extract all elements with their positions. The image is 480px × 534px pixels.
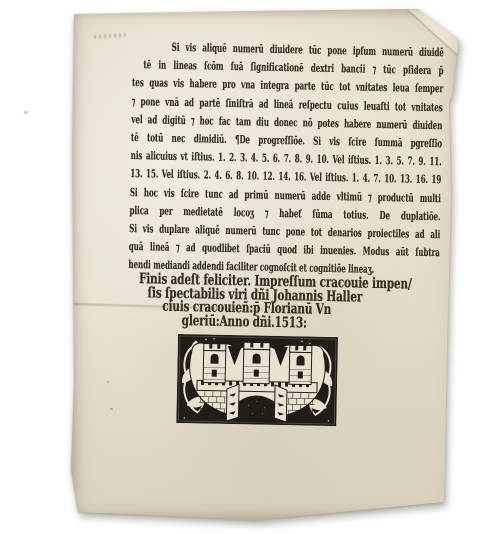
tower-right — [289, 345, 312, 384]
gate-door-right — [274, 385, 287, 422]
body-text-block: Si vis aliquē numerū diuidere tūc pone i… — [128, 38, 444, 281]
book-leaf: Si vis aliquē numerū diuidere tūc pone i… — [70, 9, 460, 522]
gate-door-left — [226, 384, 239, 421]
paper-shadow-wrap: Si vis aliquē numerū diuidere tūc pone i… — [0, 0, 480, 534]
photo-background: Si vis aliquē numerū diuidere tūc pone i… — [0, 0, 480, 534]
tower-middle — [243, 342, 270, 384]
gate-opening — [238, 395, 274, 420]
printed-area: Si vis aliquē numerū diuidere tūc pone i… — [60, 8, 460, 529]
colophon: Finis adeſt feliciter. Impreſſum cracoui… — [123, 272, 426, 332]
tower-left — [203, 343, 226, 382]
krakow-arms-woodcut — [176, 334, 338, 426]
